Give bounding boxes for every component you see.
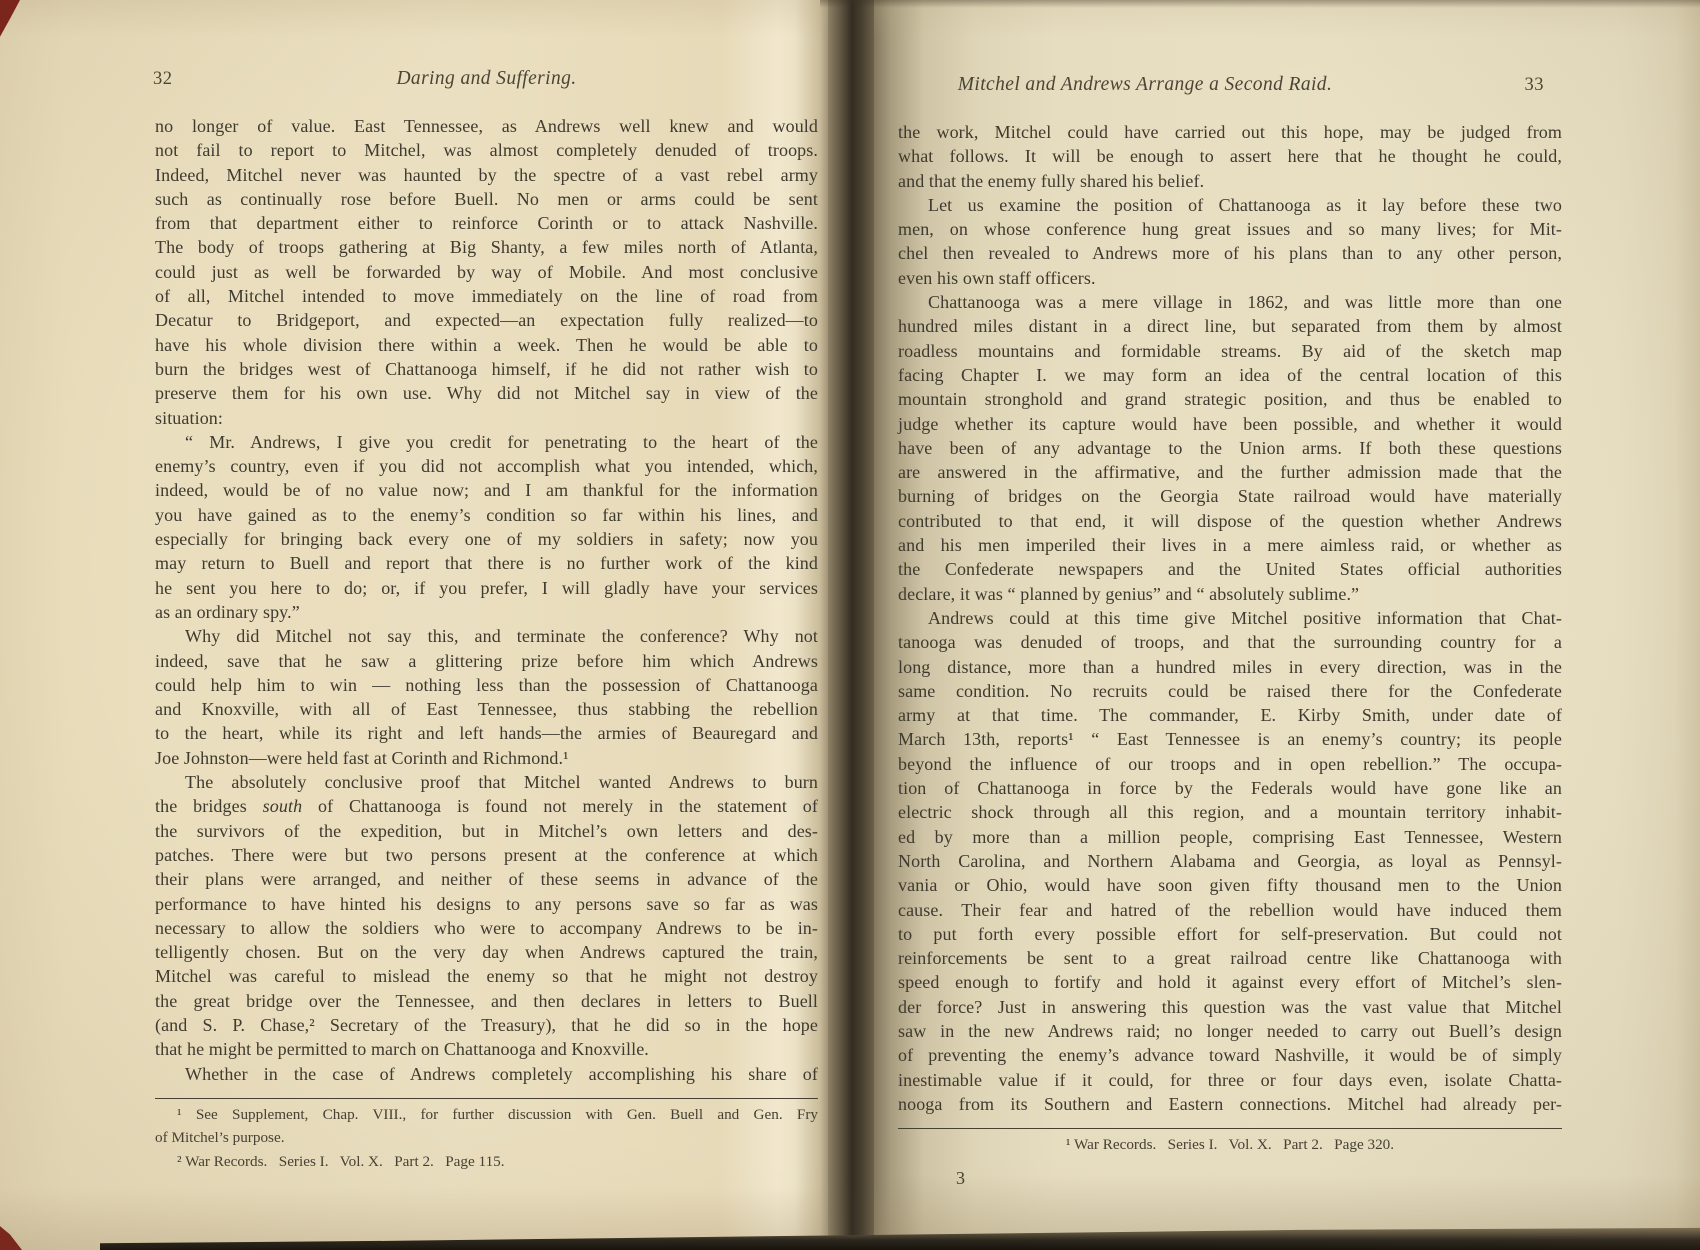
text-line: telligently chosen. But on the very day …: [155, 940, 818, 964]
text-line: of Mitchel’s purpose.: [155, 1126, 818, 1150]
signature-mark: 3: [956, 1168, 965, 1189]
text-line: the work, Mitchel could have carried out…: [898, 120, 1562, 144]
text-line: indeed, save that he saw a glittering pr…: [155, 649, 818, 673]
text-line: beyond the influence of our troops and i…: [898, 752, 1562, 776]
left-running-head-title: Daring and Suffering.: [155, 68, 818, 90]
text-line: ed by more than a million people, compri…: [898, 825, 1562, 849]
text-line: may return to Buell and report that ther…: [155, 551, 818, 575]
text-line: no longer of value. East Tennessee, as A…: [155, 114, 818, 138]
text-line: The absolutely conclusive proof that Mit…: [155, 770, 818, 794]
text-line: the Confederate newspapers and the Unite…: [898, 557, 1562, 581]
text-line: not fail to report to Mitchel, was almos…: [155, 138, 818, 162]
text-line: the bridges south of Chattanooga is foun…: [155, 794, 818, 818]
text-line: Andrews could at this time give Mitchel …: [898, 606, 1562, 630]
text-line: North Carolina, and Northern Alabama and…: [898, 849, 1562, 873]
text-line: and that the enemy fully shared his beli…: [898, 169, 1562, 193]
text-line: to put forth every possible effort for s…: [898, 922, 1562, 946]
text-line: hundred miles distant in a direct line, …: [898, 314, 1562, 338]
text-line: ² War Records. Series I. Vol. X. Part 2.…: [155, 1150, 818, 1174]
right-page-body-text: the work, Mitchel could have carried out…: [898, 120, 1562, 1116]
text-line: what follows. It will be enough to asser…: [898, 144, 1562, 168]
text-line: declare, it was “ planned by genius” and…: [898, 582, 1562, 606]
text-line: indeed, would be of no value now; and I …: [155, 478, 818, 502]
left-footnote-rule: [155, 1098, 818, 1099]
text-line: Joe Johnston—were held fast at Corinth a…: [155, 746, 818, 770]
text-line: have been of any advantage to the Union …: [898, 436, 1562, 460]
text-line: “ Mr. Andrews, I give you credit for pen…: [155, 430, 818, 454]
text-line: patches. There were but two persons pres…: [155, 843, 818, 867]
text-line: mountain stronghold and grand strategic …: [898, 387, 1562, 411]
text-line: der force? Just in answering this questi…: [898, 995, 1562, 1019]
text-line: to the heart, while its right and left h…: [155, 721, 818, 745]
text-line: speed enough to fortify and hold it agai…: [898, 970, 1562, 994]
text-line: have his whole division there within a w…: [155, 333, 818, 357]
text-line: enemy’s country, even if you did not acc…: [155, 454, 818, 478]
text-line: facing Chapter I. we may form an idea of…: [898, 363, 1562, 387]
text-line: Decatur to Bridgeport, and expected—an e…: [155, 308, 818, 332]
page-top-edge-shadow: [820, 0, 1700, 8]
text-line: tanooga was denuded of troops, and that …: [898, 630, 1562, 654]
text-line: as an ordinary spy.”: [155, 600, 818, 624]
right-page: Mitchel and Andrews Arrange a Second Rai…: [898, 74, 1562, 1157]
text-line: the survivors of the expedition, but in …: [155, 819, 818, 843]
left-page-body-text: no longer of value. East Tennessee, as A…: [155, 114, 818, 1086]
right-running-head: Mitchel and Andrews Arrange a Second Rai…: [898, 74, 1562, 100]
right-running-head-title: Mitchel and Andrews Arrange a Second Rai…: [898, 74, 1562, 96]
text-line: (and S. P. Chase,² Secretary of the Trea…: [155, 1013, 818, 1037]
book-gutter-shadow: [828, 0, 874, 1250]
text-line: Let us examine the position of Chattanoo…: [898, 193, 1562, 217]
text-line: of all, Mitchel intended to move immedia…: [155, 284, 818, 308]
left-page: 32 Daring and Suffering. no longer of va…: [155, 68, 818, 1173]
text-line: army at that time. The commander, E. Kir…: [898, 703, 1562, 727]
left-running-head: 32 Daring and Suffering.: [155, 68, 818, 94]
text-line: from that department either to reinforce…: [155, 211, 818, 235]
text-line: the great bridge over the Tennessee, and…: [155, 989, 818, 1013]
text-line: Indeed, Mitchel never was haunted by the…: [155, 163, 818, 187]
text-line: roadless mountains and formidable stream…: [898, 339, 1562, 363]
text-line: men, on whose conference hung great issu…: [898, 217, 1562, 241]
text-line: situation:: [155, 406, 818, 430]
text-line: chel then revealed to Andrews more of hi…: [898, 241, 1562, 265]
text-line: nooga from its Southern and Eastern conn…: [898, 1092, 1562, 1116]
text-line: and Knoxville, with all of East Tennesse…: [155, 697, 818, 721]
text-line: burn the bridges west of Chattanooga him…: [155, 357, 818, 381]
text-line: ¹ See Supplement, Chap. VIII., for furth…: [155, 1103, 818, 1127]
left-page-number: 32: [153, 69, 173, 90]
left-footnotes: ¹ See Supplement, Chap. VIII., for furth…: [155, 1103, 818, 1174]
text-line: reinforcements be sent to a great railro…: [898, 946, 1562, 970]
text-line: their plans were arranged, and neither o…: [155, 867, 818, 891]
text-line: you have gained as to the enemy’s condit…: [155, 503, 818, 527]
text-line: that he might be permitted to march on C…: [155, 1037, 818, 1061]
text-line: judge whether its capture would have bee…: [898, 412, 1562, 436]
text-line: could help him to win — nothing less tha…: [155, 673, 818, 697]
text-line: inestimable value if it could, for three…: [898, 1068, 1562, 1092]
text-line: he sent you here to do; or, if you prefe…: [155, 576, 818, 600]
text-line: are answered in the affirmative, and the…: [898, 460, 1562, 484]
text-line: of preventing the enemy’s advance toward…: [898, 1043, 1562, 1067]
text-line: same condition. No recruits could be rai…: [898, 679, 1562, 703]
text-line: The body of troops gathering at Big Shan…: [155, 235, 818, 259]
text-line: saw in the new Andrews raid; no longer n…: [898, 1019, 1562, 1043]
text-line: ¹ War Records. Series I. Vol. X. Part 2.…: [898, 1133, 1562, 1157]
text-line: vania or Ohio, would have soon given fif…: [898, 873, 1562, 897]
text-line: preserve them for his own use. Why did n…: [155, 381, 818, 405]
right-footnote-rule: [898, 1128, 1562, 1129]
text-line: such as continually rose before Buell. N…: [155, 187, 818, 211]
text-line: Whether in the case of Andrews completel…: [155, 1062, 818, 1086]
right-footnotes: ¹ War Records. Series I. Vol. X. Part 2.…: [898, 1133, 1562, 1157]
text-line: burning of bridges on the Georgia State …: [898, 484, 1562, 508]
text-line: even his own staff officers.: [898, 266, 1562, 290]
text-line: Mitchel was careful to mislead the enemy…: [155, 964, 818, 988]
text-line: especially for bringing back every one o…: [155, 527, 818, 551]
text-line: tion of Chattanooga in force by the Fede…: [898, 776, 1562, 800]
text-line: electric shock through all this region, …: [898, 800, 1562, 824]
book-spread: 32 Daring and Suffering. no longer of va…: [0, 0, 1700, 1250]
text-line: could just as well be forwarded by way o…: [155, 260, 818, 284]
right-page-number: 33: [1525, 75, 1545, 96]
text-line: cause. Their fear and hatred of the rebe…: [898, 898, 1562, 922]
text-line: performance to have hinted his designs t…: [155, 892, 818, 916]
text-line: Why did Mitchel not say this, and termin…: [155, 624, 818, 648]
text-line: Chattanooga was a mere village in 1862, …: [898, 290, 1562, 314]
text-line: contributed to that end, it will dispose…: [898, 509, 1562, 533]
text-line: necessary to allow the soldiers who were…: [155, 916, 818, 940]
text-line: and his men imperiled their lives in a m…: [898, 533, 1562, 557]
text-line: March 13th, reports¹ “ East Tennessee is…: [898, 727, 1562, 751]
text-line: long distance, more than a hundred miles…: [898, 655, 1562, 679]
